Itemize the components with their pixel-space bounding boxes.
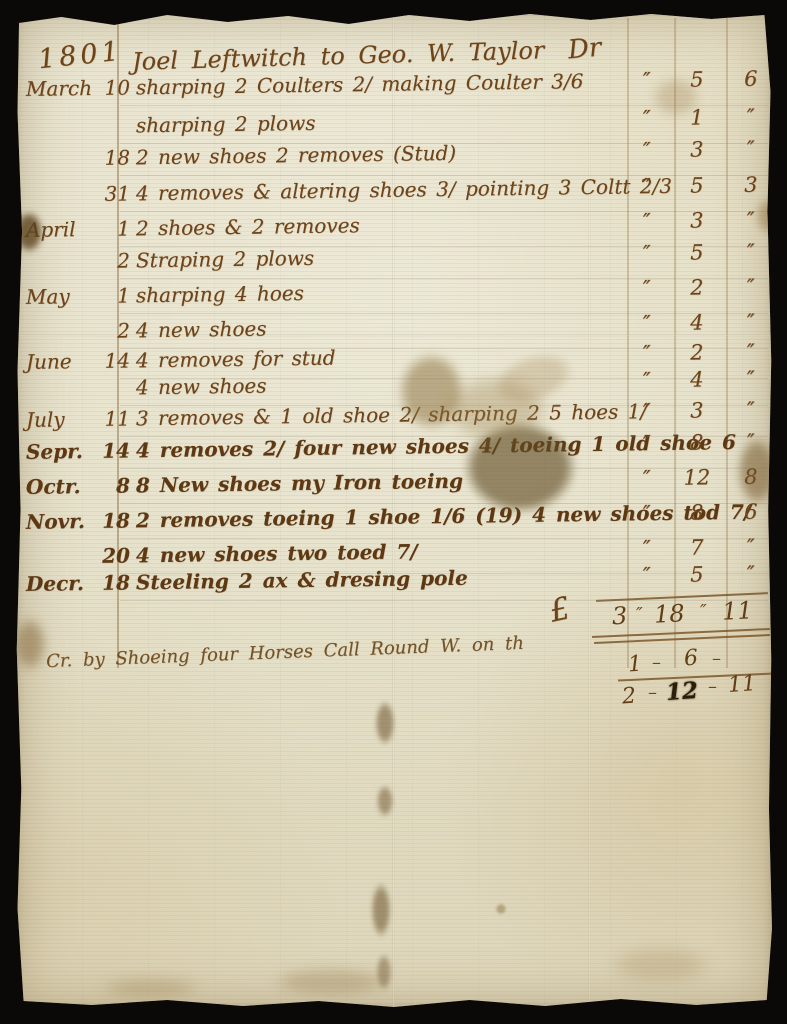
entry-shillings: 3 — [674, 137, 720, 162]
scanned-ledger-page: 1801 Joel Leftwitch to Geo. W. Taylor Dr… — [0, 0, 787, 1024]
credit-pounds: 1 — [627, 652, 643, 678]
ledger-entries: March 10 sharping 2 Coulters 2/ making C… — [16, 12, 772, 1008]
entry-description: sharping 2 plows — [136, 111, 316, 138]
entry-pounds: ″ — [626, 276, 668, 301]
total-separator: ″ — [700, 601, 707, 622]
entry-month: April — [26, 217, 76, 242]
entry-month: Octr. — [26, 474, 81, 499]
credit-shillings: 6 — [683, 646, 699, 672]
entry-month: Novr. — [26, 509, 85, 534]
entry-description: 8 New shoes my Iron toeing — [136, 469, 463, 498]
paper-sheet: 1801 Joel Leftwitch to Geo. W. Taylor Dr… — [16, 12, 772, 1008]
entry-pounds: ″ — [626, 399, 668, 424]
entry-pounds: ″ — [626, 431, 668, 456]
entry-description: sharping 2 Coulters 2/ making Coulter 3/… — [136, 69, 584, 99]
row-guide-line — [120, 313, 768, 314]
entry-pounds: ″ — [626, 466, 668, 491]
entry-shillings: 5 — [674, 67, 720, 92]
entry-pounds: ″ — [626, 368, 668, 393]
entry-pounds: ″ — [626, 138, 668, 163]
entry-pence: ″ — [728, 339, 774, 364]
entry-description: 4 new shoes — [136, 317, 267, 343]
entry-day: 8 — [82, 473, 130, 498]
entry-day: 2 — [82, 318, 130, 343]
entry-shillings: 2 — [674, 340, 720, 365]
credit-separator: – — [652, 652, 661, 673]
row-guide-line — [120, 175, 768, 176]
entry-pence: ″ — [728, 397, 774, 422]
entry-pounds: ″ — [626, 209, 668, 234]
entry-month: May — [26, 284, 70, 309]
row-guide-line — [120, 105, 768, 106]
entry-month: Sepr. — [26, 439, 83, 464]
entry-day: 1 — [82, 216, 130, 241]
entry-description: 4 new shoes two toed 7/ — [136, 539, 418, 567]
entry-pounds: ″ — [626, 68, 668, 93]
entry-pence: ″ — [728, 104, 774, 129]
ledger-row: May 1 sharping 4 hoes ″ 2 ″ — [16, 274, 772, 315]
entry-pounds: ″ — [626, 501, 668, 526]
entry-day: 31 — [82, 181, 130, 206]
entry-day — [82, 113, 130, 114]
entry-description: sharping 4 hoes — [136, 281, 304, 307]
balance-separator: – — [708, 676, 717, 697]
row-guide-line — [120, 278, 768, 279]
entry-shillings: 5 — [674, 240, 720, 265]
entry-day: 2 — [82, 248, 130, 273]
entry-description: 2 shoes & 2 removes — [136, 213, 360, 240]
ledger-row: Novr. 18 2 removes toeing 1 shoe 1/6 (19… — [16, 499, 772, 540]
balance-shillings: 12 — [665, 677, 699, 706]
entry-description: 4 removes for stud — [136, 346, 336, 373]
entry-day: 14 — [82, 348, 130, 373]
row-guide-line — [120, 143, 768, 144]
entry-pounds: ″ — [626, 174, 668, 199]
entry-pounds: ″ — [626, 106, 668, 131]
entry-day: 20 — [82, 543, 130, 568]
entry-description: Straping 2 plows — [136, 246, 314, 272]
row-guide-line — [120, 405, 768, 406]
entry-description: Steeling 2 ax & dresing pole — [136, 566, 468, 595]
row-guide-line — [120, 246, 768, 247]
entry-day: 1 — [82, 283, 130, 308]
entry-shillings: 8 — [674, 430, 720, 455]
entry-pounds: ″ — [626, 341, 668, 366]
row-guide-line — [120, 468, 768, 469]
ledger-row: Octr. 8 8 New shoes my Iron toeing ″ 12 … — [16, 464, 772, 505]
entry-day: 11 — [82, 406, 130, 431]
total-pounds: 3 — [611, 602, 628, 631]
entry-month: June — [26, 349, 72, 374]
entry-day: 18 — [82, 570, 130, 595]
row-guide-line — [120, 600, 768, 601]
ledger-row: 31 4 removes & altering shoes 3/ pointin… — [16, 172, 772, 213]
entry-day: 18 — [82, 508, 130, 533]
row-guide-line — [120, 348, 768, 349]
entry-pence: ″ — [728, 239, 774, 264]
entry-day: 18 — [82, 145, 130, 170]
entry-pence: 3 — [728, 172, 774, 197]
balance-pounds: 2 — [621, 684, 637, 710]
entry-pence: 6 — [728, 66, 774, 91]
row-guide-line — [120, 211, 768, 212]
total-separator: ″ — [636, 604, 643, 625]
entry-day: 14 — [82, 438, 130, 463]
credit-separator: – — [712, 648, 721, 669]
entry-pounds: ″ — [626, 311, 668, 336]
entry-day: 10 — [82, 75, 130, 100]
row-guide-line — [120, 436, 768, 437]
entry-shillings: 1 — [674, 105, 720, 130]
entry-pounds: ″ — [626, 536, 668, 561]
row-guide-line — [120, 573, 768, 574]
entry-month: July — [26, 407, 65, 432]
entry-pence: ″ — [728, 429, 774, 454]
entry-shillings: 5 — [674, 562, 720, 587]
balance-pence: 11 — [727, 671, 757, 698]
entry-pounds: ″ — [626, 563, 668, 588]
ledger-row: March 10 sharping 2 Coulters 2/ making C… — [16, 66, 772, 107]
total-shillings: 18 — [653, 599, 685, 629]
entry-shillings: 3 — [674, 398, 720, 423]
entry-month: Decr. — [26, 571, 84, 596]
entry-shillings: 4 — [674, 367, 720, 392]
balance-separator: – — [648, 682, 657, 703]
row-guide-line — [120, 378, 768, 379]
entry-description: 4 removes & altering shoes 3/ pointing 3… — [136, 174, 672, 205]
entry-shillings: 5 — [674, 173, 720, 198]
entry-day — [82, 375, 130, 376]
entry-description: 2 new shoes 2 removes (Stud) — [136, 141, 456, 169]
entry-pence: ″ — [728, 136, 774, 161]
row-guide-line — [120, 503, 768, 504]
entry-pounds: ″ — [626, 241, 668, 266]
row-guide-line — [120, 538, 768, 539]
